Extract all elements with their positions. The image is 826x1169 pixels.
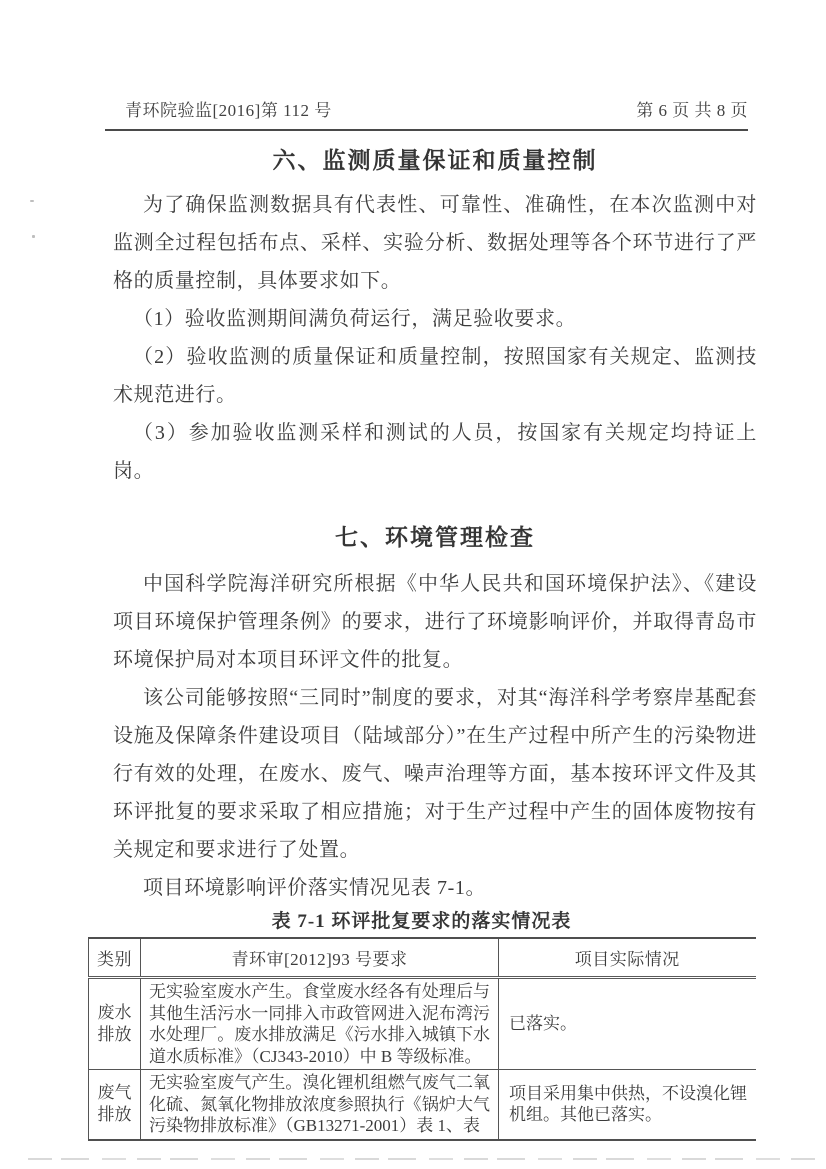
header-page-number: 第 6 页 共 8 页 [636,101,748,121]
cell-requirement-wastegas: 无实验室废气产生。溴化锂机组燃气废气二氧化硫、氮氧化物排放浓度参照执行《锅炉大气… [141,1070,499,1140]
section-7-paragraph-3: 项目环境影响评价落实情况见表 7-1。 [113,869,757,907]
scan-speck [30,200,34,202]
cell-actual-wastewater: 已落实。 [499,978,756,1070]
column-header-requirement: 青环审[2012]93 号要求 [141,938,499,978]
header-rule [105,129,748,131]
section-7-paragraph-2: 该公司能够按照“三同时”制度的要求，对其“海洋科学考察岸基配套设施及保障条件建设… [113,679,757,869]
page-header: 青环院验监[2016]第 112 号 第 6 页 共 8 页 [125,101,748,121]
column-header-category: 类别 [89,938,141,978]
implementation-status-table: 类别 青环审[2012]93 号要求 项目实际情况 废水排放 无实验室废水产生。… [88,937,756,1141]
cell-category-wastewater: 废水排放 [89,978,141,1070]
scan-noise-line [28,1158,818,1160]
section-7-paragraph-1: 中国科学院海洋研究所根据《中华人民共和国环境保护法》、《建设项目环境保护管理条例… [113,565,757,679]
table-caption: 表 7-1 环评批复要求的落实情况表 [88,909,755,935]
section-6-intro-paragraph: 为了确保监测数据具有代表性、可靠性、准确性，在本次监测中对监测全过程包括布点、采… [113,186,757,300]
cell-requirement-wastewater: 无实验室废水产生。食堂废水经各有处理后与其他生活污水一同排入市政管网进入泥布湾污… [141,978,499,1070]
scan-speck [32,235,35,238]
table-row-wastegas: 废气排放 无实验室废气产生。溴化锂机组燃气废气二氧化硫、氮氧化物排放浓度参照执行… [89,1070,756,1140]
cell-category-wastegas: 废气排放 [89,1070,141,1140]
section-7-title: 七、环境管理检查 [113,523,757,553]
header-doc-number: 青环院验监[2016]第 112 号 [125,101,332,121]
section-6-item-2: （2）验收监测的质量保证和质量控制，按照国家有关规定、监测技术规范进行。 [113,338,757,414]
column-header-actual: 项目实际情况 [499,938,756,978]
document-page: 青环院验监[2016]第 112 号 第 6 页 共 8 页 六、监测质量保证和… [0,0,826,1169]
section-6-title: 六、监测质量保证和质量控制 [113,146,757,176]
cell-actual-wastegas: 项目采用集中供热，不设溴化锂机组。其他已落实。 [499,1070,756,1140]
table-header-row: 类别 青环审[2012]93 号要求 项目实际情况 [89,938,756,978]
section-6-item-1: （1）验收监测期间满负荷运行，满足验收要求。 [113,300,757,338]
section-6-item-3: （3）参加验收监测采样和测试的人员，按国家有关规定均持证上岗。 [113,414,757,490]
table-row-wastewater: 废水排放 无实验室废水产生。食堂废水经各有处理后与其他生活污水一同排入市政管网进… [89,978,756,1070]
